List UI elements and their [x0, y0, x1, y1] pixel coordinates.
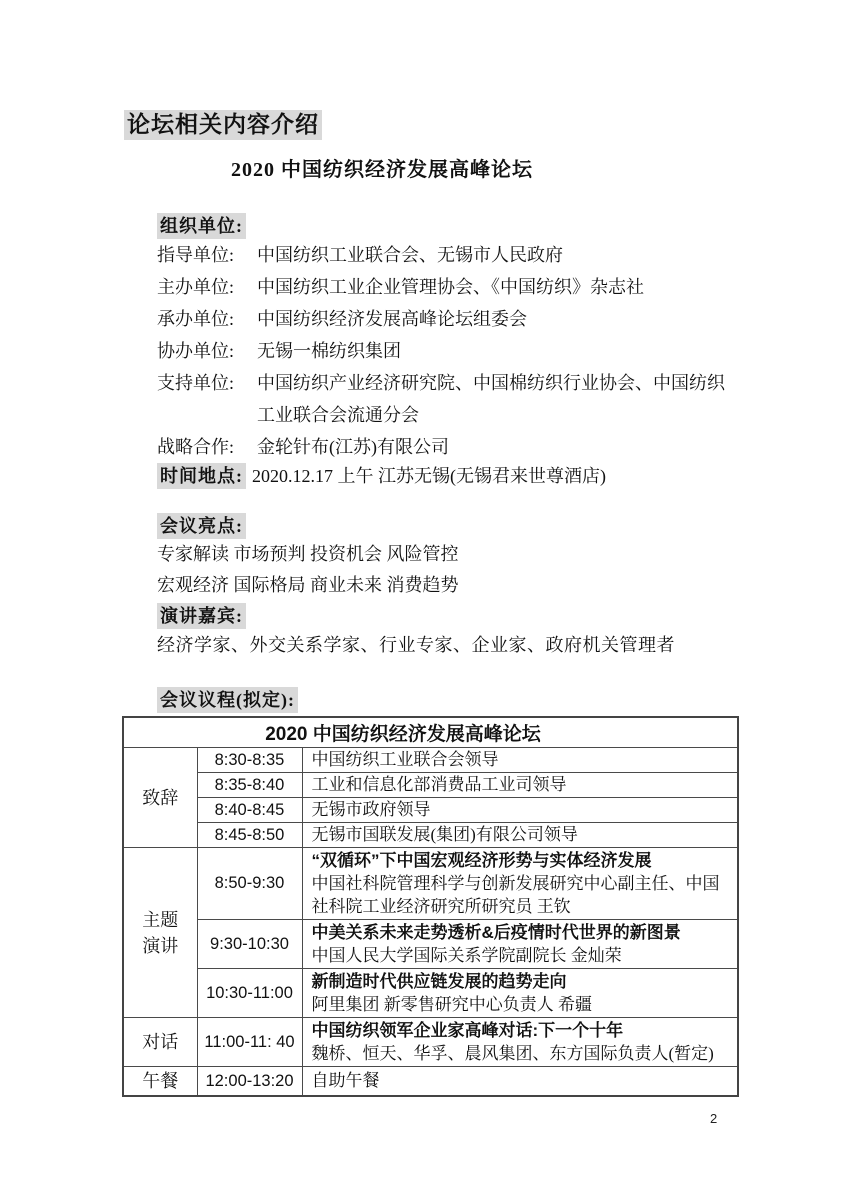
session-title: 中国纺织领军企业家高峰对话:下一个十年 [312, 1019, 732, 1042]
org-item-coorganizer: 协办单位: 无锡一棉纺织集团 [157, 335, 730, 367]
desc-cell: 新制造时代供应链发展的趋势走向 阿里集团 新零售研究中心负责人 希疆 [302, 969, 738, 1018]
org-item-guidance: 指导单位: 中国纺织工业联合会、无锡市人民政府 [157, 239, 730, 271]
time-cell: 8:50-9:30 [197, 848, 302, 920]
organizers-list: 指导单位: 中国纺织工业联合会、无锡市人民政府 主办单位: 中国纺织工业企业管理… [157, 239, 730, 463]
doc-heading-row: 论坛相关内容介绍 [124, 110, 730, 140]
desc-cell: 中国纺织领军企业家高峰对话:下一个十年 魏桥、恒天、华孚、晨风集团、东方国际负责… [302, 1018, 738, 1067]
desc-cell: 自助午餐 [302, 1067, 738, 1097]
speakers-section: 演讲嘉宾: 经济学家、外交关系学家、行业专家、企业家、政府机关管理者 [157, 603, 730, 661]
highlights-section: 会议亮点: 专家解读 市场预判 投资机会 风险管控 宏观经济 国际格局 商业未来… [157, 513, 730, 601]
time-place-label: 时间地点: [157, 463, 246, 489]
session-title: 中美关系未来走势透析&后疫情时代世界的新图景 [312, 921, 732, 944]
org-item-value: 无锡一棉纺织集团 [257, 335, 730, 367]
session-title: “双循环”下中国宏观经济形势与实体经济发展 [312, 849, 732, 872]
highlights-line-1: 专家解读 市场预判 投资机会 风险管控 [157, 539, 730, 570]
session-speaker: 中国人民大学国际关系学院副院长 金灿荣 [312, 944, 732, 967]
table-row: 致辞 8:30-8:35 中国纺织工业联合会领导 [123, 748, 738, 773]
page-number: 2 [710, 1111, 717, 1126]
agenda-heading-row: 会议议程(拟定): [157, 687, 730, 713]
org-item-value: 中国纺织经济发展高峰论坛组委会 [257, 303, 730, 335]
table-row: 9:30-10:30 中美关系未来走势透析&后疫情时代世界的新图景 中国人民大学… [123, 920, 738, 969]
speakers-heading-row: 演讲嘉宾: [157, 603, 730, 629]
org-item-undertaker: 承办单位: 中国纺织经济发展高峰论坛组委会 [157, 303, 730, 335]
time-place-row: 时间地点: 2020.12.17 上午 江苏无锡(无锡君来世尊酒店) [157, 463, 730, 489]
highlights-heading: 会议亮点: [157, 513, 246, 539]
org-item-strategic: 战略合作: 金轮针布(江苏)有限公司 [157, 431, 730, 463]
agenda-table: 2020 中国纺织经济发展高峰论坛 致辞 8:30-8:35 中国纺织工业联合会… [122, 716, 739, 1097]
desc-cell: “双循环”下中国宏观经济形势与实体经济发展 中国社科院管理科学与创新发展研究中心… [302, 848, 738, 920]
speakers-line: 经济学家、外交关系学家、行业专家、企业家、政府机关管理者 [157, 629, 730, 661]
desc-cell: 中美关系未来走势透析&后疫情时代世界的新图景 中国人民大学国际关系学院副院长 金… [302, 920, 738, 969]
time-cell: 8:30-8:35 [197, 748, 302, 773]
organizers-heading-row: 组织单位: [157, 213, 730, 239]
doc-title: 2020 中国纺织经济发展高峰论坛 [79, 155, 685, 185]
category-cell-lunch: 午餐 [123, 1067, 197, 1097]
doc-heading: 论坛相关内容介绍 [124, 110, 322, 140]
table-row: 8:40-8:45 无锡市政府领导 [123, 798, 738, 823]
table-row: 10:30-11:00 新制造时代供应链发展的趋势走向 阿里集团 新零售研究中心… [123, 969, 738, 1018]
table-row: 8:45-8:50 无锡市国联发展(集团)有限公司领导 [123, 823, 738, 848]
table-row: 午餐 12:00-13:20 自助午餐 [123, 1067, 738, 1097]
category-cell-keynote: 主题 演讲 [123, 848, 197, 1018]
agenda-table-title: 2020 中国纺织经济发展高峰论坛 [123, 717, 738, 748]
time-cell: 9:30-10:30 [197, 920, 302, 969]
table-row: 对话 11:00-11: 40 中国纺织领军企业家高峰对话:下一个十年 魏桥、恒… [123, 1018, 738, 1067]
agenda-heading: 会议议程(拟定): [157, 687, 298, 713]
org-item-value: 中国纺织工业联合会、无锡市人民政府 [257, 239, 730, 271]
org-item-value: 中国纺织工业企业管理协会、《中国纺织》杂志社 [257, 271, 730, 303]
category-cell-zhici: 致辞 [123, 748, 197, 848]
org-item-value: 金轮针布(江苏)有限公司 [257, 431, 730, 463]
org-item-label: 主办单位: [157, 271, 257, 303]
table-row: 主题 演讲 8:50-9:30 “双循环”下中国宏观经济形势与实体经济发展 中国… [123, 848, 738, 920]
org-item-label: 指导单位: [157, 239, 257, 271]
table-row: 8:35-8:40 工业和信息化部消费品工业司领导 [123, 773, 738, 798]
org-item-label: 协办单位: [157, 335, 257, 367]
time-cell: 8:40-8:45 [197, 798, 302, 823]
highlights-heading-row: 会议亮点: [157, 513, 730, 539]
session-speaker: 阿里集团 新零售研究中心负责人 希疆 [312, 993, 732, 1016]
document-page: 论坛相关内容介绍 2020 中国纺织经济发展高峰论坛 组织单位: 指导单位: 中… [0, 0, 850, 1202]
session-speaker: 中国社科院管理科学与创新发展研究中心副主任、中国社科院工业经济研究所研究员 王钦 [312, 872, 732, 918]
time-cell: 8:45-8:50 [197, 823, 302, 848]
org-item-host: 主办单位: 中国纺织工业企业管理协会、《中国纺织》杂志社 [157, 271, 730, 303]
org-item-label: 承办单位: [157, 303, 257, 335]
org-item-label: 支持单位: [157, 367, 257, 431]
category-cell-dialogue: 对话 [123, 1018, 197, 1067]
time-place-value: 2020.12.17 上午 江苏无锡(无锡君来世尊酒店) [252, 463, 606, 489]
organizers-heading: 组织单位: [157, 213, 246, 239]
desc-cell: 中国纺织工业联合会领导 [302, 748, 738, 773]
desc-cell: 无锡市政府领导 [302, 798, 738, 823]
highlights-line-2: 宏观经济 国际格局 商业未来 消费趋势 [157, 570, 730, 601]
session-title: 新制造时代供应链发展的趋势走向 [312, 970, 732, 993]
agenda-title-row: 2020 中国纺织经济发展高峰论坛 [123, 717, 738, 748]
time-cell: 8:35-8:40 [197, 773, 302, 798]
org-item-label: 战略合作: [157, 431, 257, 463]
org-item-support: 支持单位: 中国纺织产业经济研究院、中国棉纺织行业协会、中国纺织工业联合会流通分… [157, 367, 730, 431]
speakers-heading: 演讲嘉宾: [157, 603, 246, 629]
desc-cell: 无锡市国联发展(集团)有限公司领导 [302, 823, 738, 848]
time-cell: 12:00-13:20 [197, 1067, 302, 1097]
time-cell: 10:30-11:00 [197, 969, 302, 1018]
desc-cell: 工业和信息化部消费品工业司领导 [302, 773, 738, 798]
organizers-section: 组织单位: 指导单位: 中国纺织工业联合会、无锡市人民政府 主办单位: 中国纺织… [157, 213, 730, 463]
session-speaker: 魏桥、恒天、华孚、晨风集团、东方国际负责人(暂定) [312, 1042, 732, 1065]
org-item-value: 中国纺织产业经济研究院、中国棉纺织行业协会、中国纺织工业联合会流通分会 [257, 367, 730, 431]
time-cell: 11:00-11: 40 [197, 1018, 302, 1067]
